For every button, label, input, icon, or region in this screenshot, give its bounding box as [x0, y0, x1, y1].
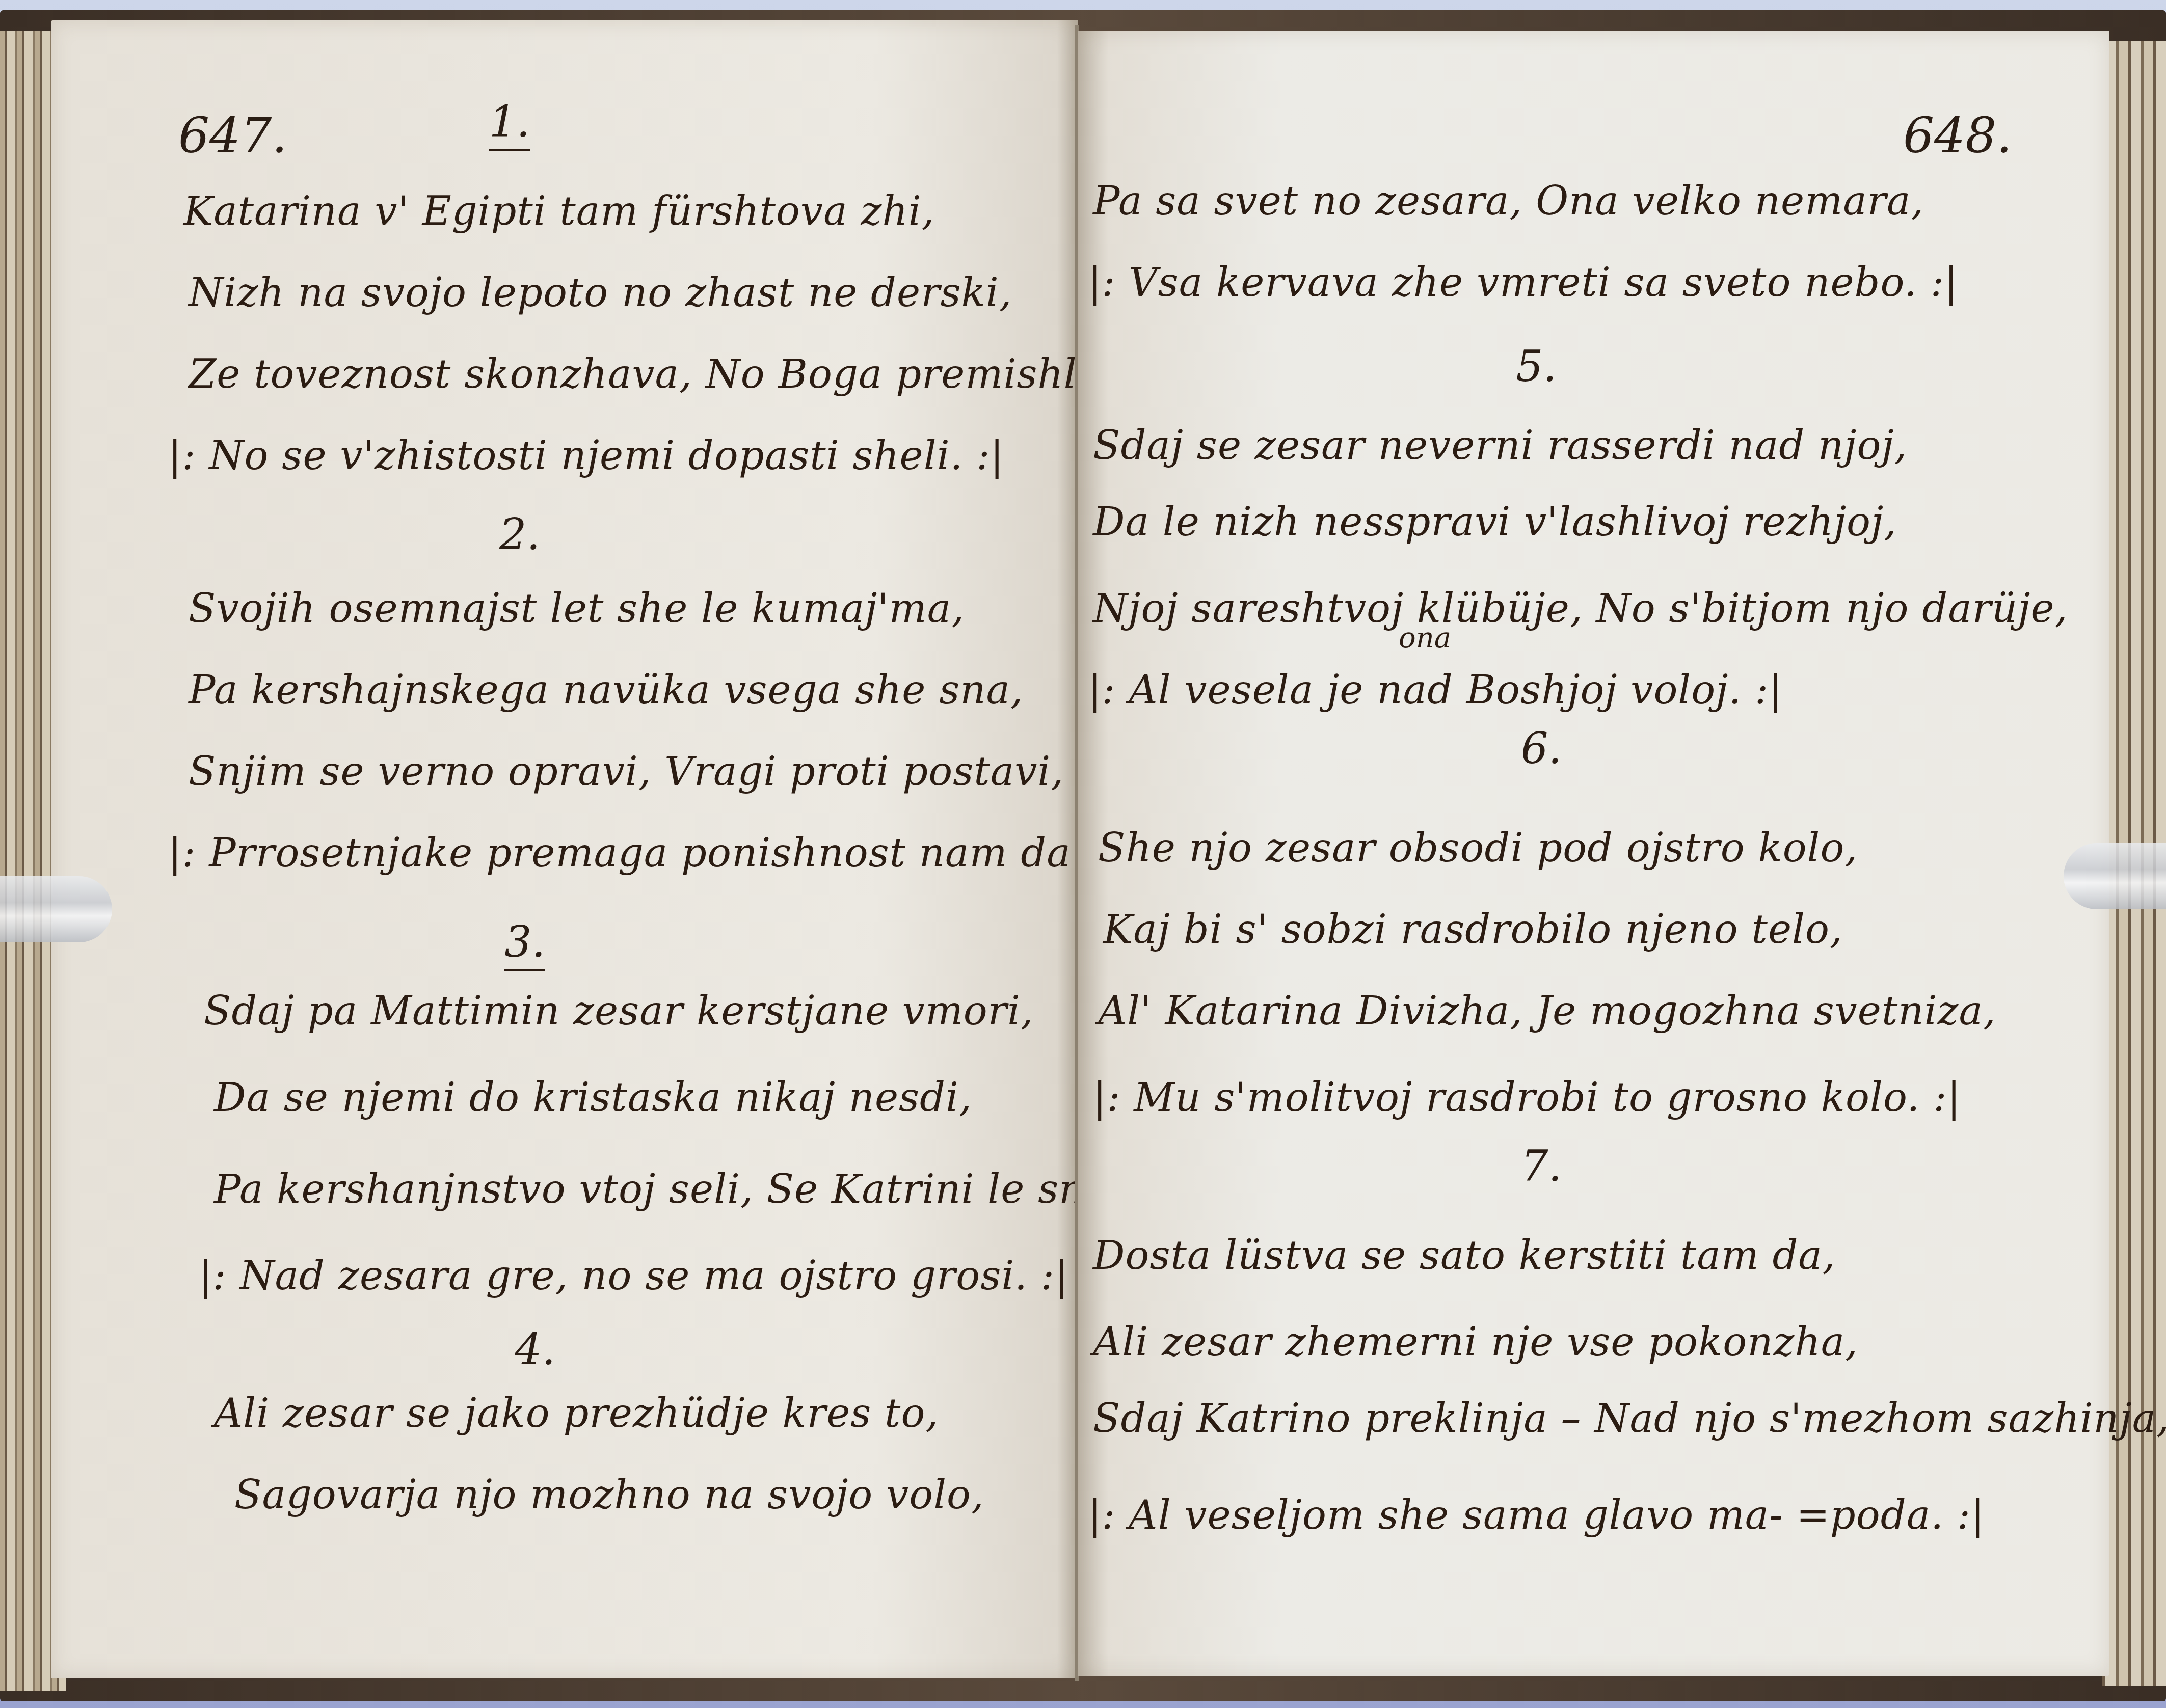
- verse-line: Sdaj se zesar neverni rasserdi nad njoj,: [1093, 423, 1907, 469]
- verse-line: |: No se v'zhistosti njemi dopasti sheli…: [168, 433, 1004, 479]
- verse-line: Ze toveznost skonzhava, No Boga premishl…: [189, 351, 1148, 397]
- verse-line: Pa kershajnskega navüka vsega she sna,: [189, 667, 1024, 713]
- verse-line: Snjim se verno opravi, Vragi proti posta…: [189, 749, 1064, 795]
- stanza-number: 2.: [499, 509, 540, 559]
- verse-line: Da se njemi do kristaska nikaj nesdi,: [214, 1075, 972, 1121]
- verse-line: |: Al vesela je nad Boshjoj voloj. :|: [1088, 667, 1783, 713]
- page-number: 647.: [178, 107, 287, 164]
- page-number: 648.: [1903, 107, 2012, 164]
- left-page: 647. 1. Katarina v' Egipti tam fürshtova…: [51, 20, 1078, 1678]
- verse-line: Sagovarja njo mozhno na svojo volo,: [234, 1472, 984, 1518]
- verse-line: Nizh na svojo lepoto no zhast ne derski,: [189, 270, 1012, 316]
- verse-line: Ali zesar se jako prezhüdje kres to,: [214, 1391, 939, 1436]
- verse-line: |: Mu s'molitvoj rasdrobi to grosno kolo…: [1093, 1075, 1961, 1121]
- verse-line: |: Prrosetnjake premaga ponishnost nam d…: [168, 830, 1071, 876]
- stanza-number: 6.: [1521, 723, 1562, 773]
- verse-line: Pa kershanjnstvo vtoj seli, Se Katrini l…: [214, 1167, 1124, 1212]
- stanza-number: 3.: [504, 917, 545, 971]
- stanza-number: 7.: [1521, 1141, 1562, 1191]
- page-clip-left: [0, 876, 112, 942]
- interlinear-insert: ona: [1399, 621, 1451, 655]
- stanza-number: 4.: [515, 1324, 555, 1374]
- verse-line: |: Al veseljom she sama glavo ma- =poda.…: [1088, 1493, 1985, 1538]
- verse-line: |: Nad zesara gre, no se ma ojstro grosi…: [199, 1253, 1068, 1299]
- stanza-number: 1.: [489, 97, 530, 151]
- verse-line: Pa sa svet no zesara, Ona velko nemara,: [1093, 178, 1924, 224]
- verse-line: Da le nizh nesspravi v'lashlivoj rezhjoj…: [1093, 499, 1897, 545]
- verse-line: Dosta lüstva se sato kerstiti tam da,: [1093, 1233, 1836, 1279]
- verse-line: Sdaj Katrino preklinja – Nad njo s'mezho…: [1093, 1396, 2166, 1442]
- verse-line: Svojih osemnajst let she le kumaj'ma,: [189, 586, 965, 632]
- verse-line: Katarina v' Egipti tam fürshtova zhi,: [183, 188, 935, 234]
- page-clip-right: [2064, 843, 2166, 909]
- verse-line: Al' Katarina Divizha, Je mogozhna svetni…: [1098, 988, 1996, 1034]
- stanza-number: 5.: [1516, 341, 1557, 391]
- verse-line: Ali zesar zhemerni nje vse pokonzha,: [1093, 1319, 1858, 1365]
- verse-line: Kaj bi s' sobzi rasdrobilo njeno telo,: [1103, 907, 1843, 953]
- verse-line: |: Vsa kervava zhe vmreti sa sveto nebo.…: [1088, 260, 1958, 306]
- right-page: 648. Pa sa svet no zesara, Ona velko nem…: [1078, 31, 2109, 1676]
- verse-line: Sdaj pa Mattimin zesar kerstjane vmori,: [204, 988, 1034, 1034]
- verse-line: Njoj sareshtvoj klübüje, No s'bitjom njo…: [1093, 586, 2068, 632]
- verse-line: She njo zesar obsodi pod ojstro kolo,: [1098, 825, 1858, 871]
